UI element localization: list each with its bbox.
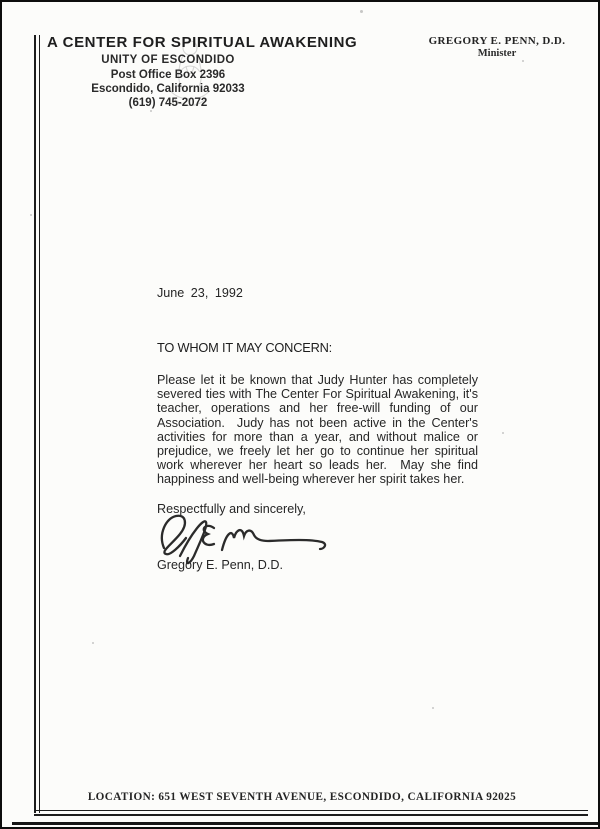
page-edge-shadow-line <box>12 822 600 825</box>
org-subtitle: UNITY OF ESCONDIDO <box>47 54 289 66</box>
left-frame-rule-outer <box>34 35 36 813</box>
scan-speck <box>92 642 94 644</box>
body-paragraph: Please let it be known that Judy Hunter … <box>157 373 478 487</box>
scan-speck <box>432 707 434 709</box>
left-frame-rule-inner <box>39 35 40 813</box>
scan-speck <box>30 214 32 216</box>
org-name: A CENTER FOR SPIRITUAL AWAKENING <box>47 34 357 51</box>
org-address-line2: Escondido, California 92033 <box>47 83 289 95</box>
minister-title: Minister <box>407 48 587 59</box>
bottom-frame-rule-outer <box>34 814 588 816</box>
scan-speck <box>502 432 504 434</box>
scan-speck <box>522 60 524 62</box>
scan-speck <box>150 110 152 112</box>
org-phone: (619) 745-2072 <box>47 97 289 109</box>
scanned-letter-page: A CENTER FOR SPIRITUAL AWAKENING UNITY O… <box>0 0 600 829</box>
salutation: TO WHOM IT MAY CONCERN: <box>157 340 332 355</box>
org-address-line1: Post Office Box 2396 <box>47 69 289 81</box>
bottom-frame-rule-inner <box>34 810 588 811</box>
signer-name: Gregory E. Penn, D.D. <box>157 558 283 572</box>
letter-date: June 23, 1992 <box>157 286 243 300</box>
footer-location: LOCATION: 651 WEST SEVENTH AVENUE, ESCON… <box>2 791 600 803</box>
minister-name: GREGORY E. PENN, D.D. <box>407 35 587 47</box>
scan-speck <box>360 10 363 13</box>
